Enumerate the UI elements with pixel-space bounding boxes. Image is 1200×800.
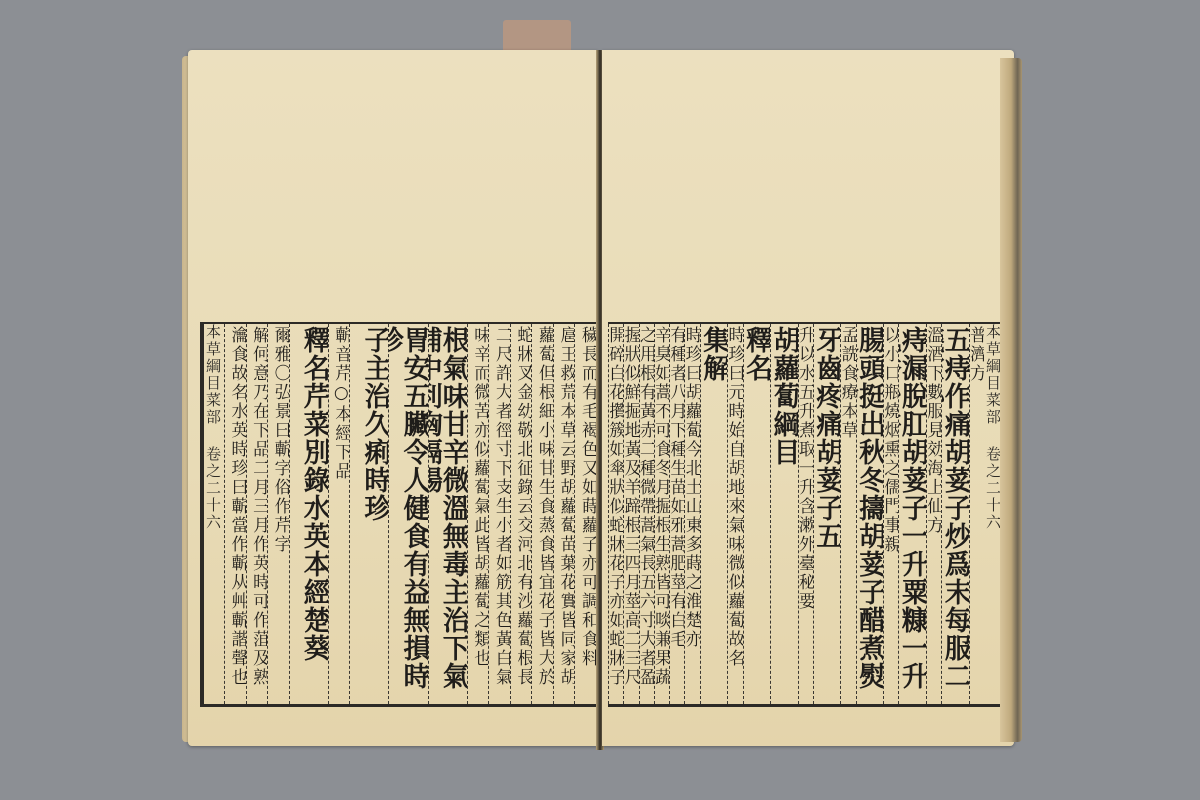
text-column: 味辛而微苦亦似蘿蔔氣此皆胡蘿蔔之類也 [467, 324, 489, 704]
left-page: 穢長而有毛褐色又如蒔蘿子亦可調和食料 扈王救荒本草云野胡蘿蔔苗葉花實皆同家胡 蘿… [188, 50, 598, 746]
heading-column: 五痔作痛胡荽子炒爲末每服二錢空心 [941, 324, 969, 704]
text-column: 有種者八月下種生苗如邪蒿肥莖有白毛 [669, 324, 684, 704]
heading-column: 釋名芹菜別錄水英本經楚葵 [289, 324, 328, 704]
text-column: 蘿蔔但根細小味甘生食蒸食皆宜花子皆大於 [531, 324, 553, 704]
text-column: 瀹食故名水英時珍曰蘄當作蘄从艸蘄諧聲也 [224, 324, 246, 704]
text-column: 握狀似鮮掘地黃及羊蹄根三四月莖高二三尺 [623, 324, 638, 704]
entry-title-column: 胡蘿蔔綱目 [770, 324, 798, 704]
text-column: 蘄音芹○本經下品 [328, 324, 350, 704]
heading-column: 牙齒疼痛胡荽子五 [813, 324, 841, 704]
text-column: 孟詵食療本草 [840, 324, 855, 704]
heading-column: 子主治久痢時珍 [349, 324, 388, 704]
text-column: 之用根有黃赤二種微帶蒿氣長五六寸大者盈 [639, 324, 654, 704]
right-page-text-frame: 本草綱目菜部 卷之二十六 普濟方 五痔作痛胡荽子炒爲末每服二錢空心 溫酒下數服見… [608, 322, 1008, 707]
text-column: 扈王救荒本草云野胡蘿蔔苗葉花實皆同家胡 [553, 324, 575, 704]
text-column: 普濟方 [969, 324, 984, 704]
section-label-column: 集解 [700, 324, 728, 704]
text-column: 穢長而有毛褐色又如蒔蘿子亦可調和食料 [574, 324, 596, 704]
text-column: 解何意乃在下品二月三月作英時可作菹及熟 [246, 324, 268, 704]
text-column: 開碎白花攢簇如傘狀似蛇牀花子亦如蛇牀子 [608, 324, 623, 704]
right-page: 本草綱目菜部 卷之二十六 普濟方 五痔作痛胡荽子炒爲末每服二錢空心 溫酒下數服見… [602, 50, 1014, 746]
text-column: 辛臭如蒿不可食冬月掘根生熟皆可啖兼果蔬 [654, 324, 669, 704]
text-column: 蛇牀叉金幼敬北征錄云交河北有沙蘿蔔根長 [510, 324, 532, 704]
text-column: 二尺許大者徑寸下支生小者如筋其色黃白氣 [488, 324, 510, 704]
heading-column: 腸頭挺出秋冬擣胡荽子醋煮熨之甚効 [856, 324, 884, 704]
heading-column: 根氣味甘辛微溫無毒主治下氣補中利胸膈腸 [428, 324, 467, 704]
text-column: 爾雅〇弘景曰蘄字俗作芹字 [267, 324, 289, 704]
left-page-margin-title: 本草綱目菜部 卷之二十六 [202, 324, 224, 704]
text-column: 升以水五升煮取一升含漱外臺秘要 [798, 324, 813, 704]
heading-column: 痔漏脫肛胡荽子一升粟糠一升乳香少許 [898, 324, 926, 704]
right-page-edges [1000, 58, 1022, 742]
left-page-text-frame: 穢長而有毛褐色又如蒔蘿子亦可調和食料 扈王救荒本草云野胡蘿蔔苗葉花實皆同家胡 蘿… [200, 322, 596, 707]
text-column: 以小口瓶燒烟熏之儒門事親 [883, 324, 898, 704]
text-column: 時珍曰元時始自胡地來氣味微似蘿蔔故名 [727, 324, 742, 704]
text-column: 溫酒下數服見効海上仙方 [926, 324, 941, 704]
heading-column: 胃安五臟令人健食有益無損時珍 [388, 324, 427, 704]
section-label-column: 釋名 [743, 324, 771, 704]
text-column: 時珍曰胡蘿蔔今北土山東多蒔之淮楚亦 [684, 324, 699, 704]
open-book: 穢長而有毛褐色又如蒔蘿子亦可調和食料 扈王救荒本草云野胡蘿蔔苗葉花實皆同家胡 蘿… [182, 50, 1022, 750]
